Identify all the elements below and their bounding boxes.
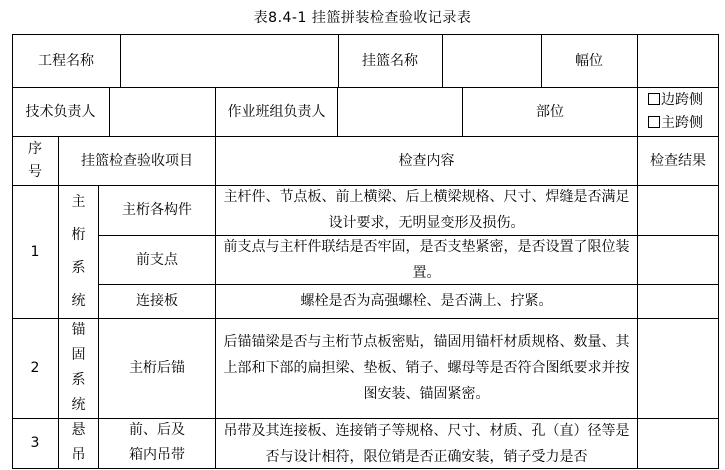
checkbox-icon[interactable] [648,93,660,105]
row-result-field[interactable] [638,185,718,235]
row-result-field[interactable] [638,235,718,284]
row-group: 主 桁 系 统 [59,185,98,318]
part-option-side-span[interactable]: 边跨侧 [648,89,703,112]
row-result-field[interactable] [638,318,718,418]
col-header-seq: 序 号 [12,136,58,185]
team-lead-field[interactable] [338,87,462,136]
width-position-label: 幅位 [541,34,637,87]
tech-lead-label: 技术负责人 [12,87,109,136]
col-header-item: 挂篮检查验收项目 [59,136,215,185]
row-group: 锚 固 系 统 [59,318,98,418]
team-lead-label: 作业班组负责人 [216,87,337,136]
row-content: 前支点与主杆件联结是否牢固，是否支垫紧密，是否设置了限位装置。 [216,235,637,284]
row-item: 前支点 [99,235,215,284]
part-option-main-span[interactable]: 主跨侧 [648,112,703,135]
basket-name-label: 挂篮名称 [338,34,442,87]
col-header-result: 检查结果 [638,136,718,185]
basket-name-field[interactable] [443,34,541,87]
col-header-content: 检查内容 [216,136,637,185]
row-content: 吊带及其连接板、连接销子等规格、尺寸、材质、孔（直）径等是否与设计相符，限位销是… [216,418,637,468]
tech-lead-field[interactable] [110,87,215,136]
checkbox-icon[interactable] [648,116,660,128]
row-item: 连接板 [99,284,215,318]
width-position-field[interactable] [638,34,718,87]
row-item: 主桁各构件 [99,185,215,235]
table-border-right [718,34,719,469]
row-content: 主杆件、节点板、前上横梁、后上横梁规格、尺寸、焊缝是否满足设计要求，无明显变形及… [216,185,637,235]
row-content: 后锚锚梁是否与主桁节点板密贴，锚固用锚杆材质规格、数量、其上部和下部的扁担梁、垫… [216,318,637,418]
part-label: 部位 [463,87,637,136]
table-title: 表8.4-1 挂篮拼装检查验收记录表 [0,7,725,27]
row-result-field[interactable] [638,284,718,318]
row-content: 螺栓是否为高强螺栓、是否满上、拧紧。 [216,284,637,318]
row-group: 悬 吊 [59,418,98,468]
row-seq: 3 [12,418,58,468]
row-seq: 2 [12,318,58,418]
part-options: 边跨侧 主跨侧 [638,87,718,136]
project-name-label: 工程名称 [12,34,120,87]
row-item: 前、后及 箱内吊带 [99,418,215,468]
row-result-field[interactable] [638,418,718,468]
row-item: 主桁后锚 [99,318,215,418]
project-name-field[interactable] [121,34,338,87]
row-seq: 1 [12,185,58,318]
